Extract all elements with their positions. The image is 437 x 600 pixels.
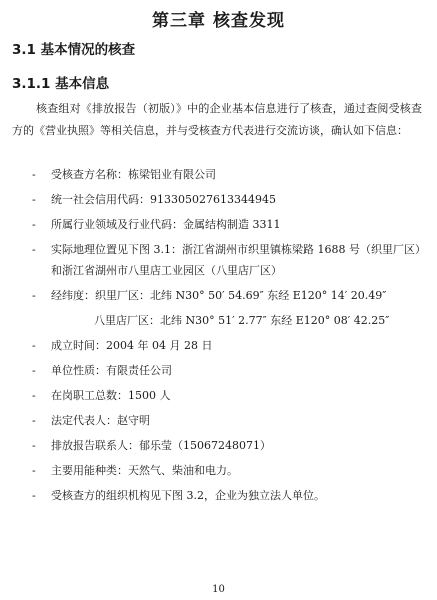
bullet-dash: - — [32, 285, 36, 306]
list-item-legal-rep: -法定代表人：赵守明 — [32, 410, 427, 431]
subsection-heading: 3.1.1 基本信息 — [12, 72, 109, 92]
list-item-industry-code: -所属行业领域及行业代码：金属结构制造 3311 — [32, 214, 427, 235]
list-item-company-name: -受核查方名称：栋梁铝业有限公司 — [32, 164, 427, 185]
bullet-dash: - — [32, 410, 36, 431]
bullet-dash: - — [32, 164, 36, 185]
chapter-title: 第三章 核查发现 — [0, 6, 437, 31]
page-number: 10 — [0, 584, 437, 595]
bullet-dash: - — [32, 485, 36, 506]
bullet-dash: - — [32, 460, 36, 481]
list-item-org-structure: -受核查方的组织机构见下图 3.2，企业为独立法人单位。 — [32, 485, 427, 506]
bullet-dash: - — [32, 214, 36, 235]
list-item-founded: -成立时间：2004 年 04 月 28 日 — [32, 335, 427, 356]
bullet-dash: - — [32, 335, 36, 356]
bullet-dash: - — [32, 239, 36, 260]
list-item-location: -实际地理位置见下图 3.1：浙江省湖州市织里镇栋梁路 1688 号（织里厂区）… — [32, 239, 427, 281]
bullet-dash: - — [32, 385, 36, 406]
bullet-dash: - — [32, 360, 36, 381]
list-item-contact: -排放报告联系人：郁乐莹（15067248071） — [32, 435, 427, 456]
list-item-credit-code: -统一社会信用代码：913305027613344945 — [32, 189, 427, 210]
basic-info-list: -受核查方名称：栋梁铝业有限公司 -统一社会信用代码：9133050276133… — [32, 164, 427, 510]
section-heading: 3.1 基本情况的核查 — [12, 38, 135, 58]
intro-paragraph: 核查组对《排放报告（初版）》中的企业基本信息进行了核查，通过查阅受核查方的《营业… — [12, 98, 422, 142]
list-item-employees: -在岗职工总数：1500 人 — [32, 385, 427, 406]
list-item-entity-type: -单位性质：有限责任公司 — [32, 360, 427, 381]
bullet-dash: - — [32, 435, 36, 456]
bullet-dash: - — [32, 189, 36, 210]
list-item-energy-types: -主要用能种类：天然气、柴油和电力。 — [32, 460, 427, 481]
list-item-coordinates: -经纬度：织里厂区：北纬 N30° 50′ 54.69″ 东经 E120° 14… — [32, 285, 427, 306]
coordinates-continuation: 八里店厂区：北纬 N30° 51′ 2.77″ 东经 E120° 08′ 42.… — [32, 310, 427, 331]
